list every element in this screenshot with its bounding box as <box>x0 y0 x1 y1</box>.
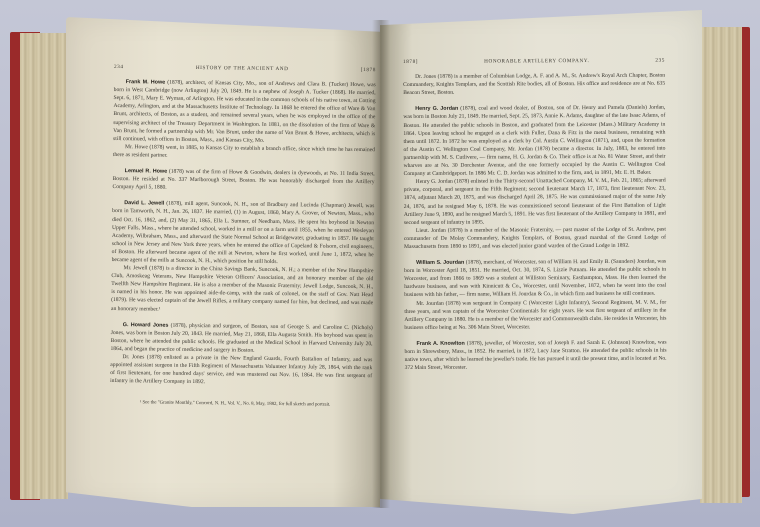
entry-jones-howard: G. Howard Jones (1878), physician and su… <box>110 321 372 357</box>
entry-howe-frank: Frank M. Howe (1878), architect, of Kans… <box>113 78 376 146</box>
left-running-title: HISTORY OF THE ANCIENT AND <box>196 64 289 73</box>
entry-paragraph: Henry G. Jordan (1878) enlisted in the T… <box>404 177 666 227</box>
entry-paragraph: Mr. Howe (1878) went, in 1885, to Kansas… <box>113 143 375 162</box>
right-running-title: HONORABLE ARTILLERY COMPANY. <box>484 57 589 66</box>
right-page-text: 1878] HONORABLE ARTILLERY COMPANY. 235 D… <box>403 57 667 373</box>
right-page-number: 235 <box>655 57 665 65</box>
entry-knowlton-frank: Frank A. Knowlton (1878), jeweller, of W… <box>404 339 666 373</box>
entry-jourdan-william: William S. Jourdan (1878), merchant, of … <box>404 258 666 300</box>
entry-paragraph: Dr. Jones (1878) is a member of Columbia… <box>403 72 665 98</box>
entry-paragraph: Dr. Jones (1878) enlisted as a private i… <box>110 353 372 389</box>
left-page-year: [1878 <box>361 66 376 74</box>
entry-paragraph: Mr. Jewell (1878) is a director in the C… <box>111 264 374 316</box>
entry-jordan-henry: Henry G. Jordan (1878), coal and wood de… <box>403 104 665 178</box>
entry-howe-lemuel: Lemuel R. Howe (1878) was of the firm of… <box>112 167 374 194</box>
page-edges-right <box>700 27 742 503</box>
page-edges-left <box>20 33 68 499</box>
right-running-head: 1878] HONORABLE ARTILLERY COMPANY. 235 <box>403 57 665 66</box>
right-page-year: 1878] <box>403 58 418 66</box>
entry-jewell-david: David L. Jewell (1878), mill agent, Sunc… <box>112 199 375 267</box>
entry-paragraph: Lieut. Jordan (1878) is a member of the … <box>404 225 666 251</box>
left-page-text: 234 HISTORY OF THE ANCIENT AND [1878 Fra… <box>110 63 376 411</box>
entry-paragraph: Mr. Jourdan (1878) was sergeant in Compa… <box>404 298 666 332</box>
left-page-number: 234 <box>114 63 124 71</box>
